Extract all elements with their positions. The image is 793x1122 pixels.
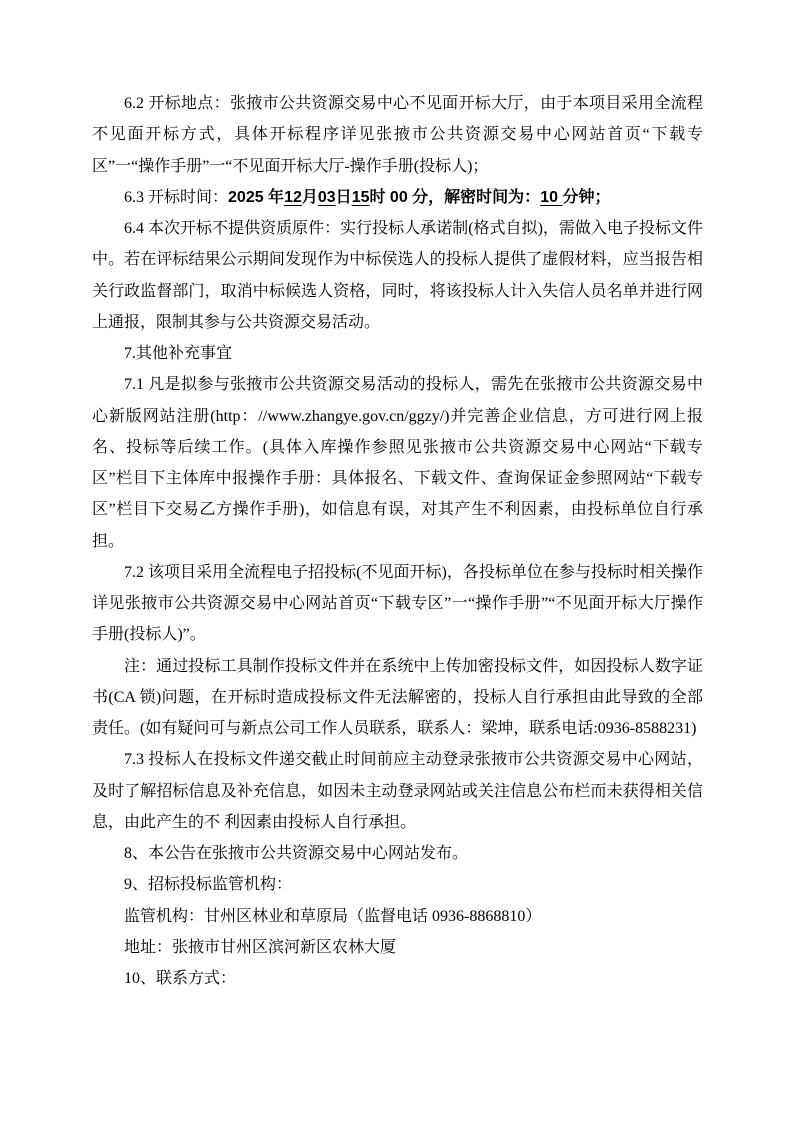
clause-6-3-opening-time: 6.3 开标时间：2025 年12月03日15时 00 分，解密时间为：10 分… (92, 182, 703, 213)
clause-8-announcement-site: 8、本公告在张掖市公共资源交易中心网站发布。 (92, 838, 703, 869)
clause-9-supervision-heading: 9、招标投标监管机构： (92, 869, 703, 900)
decrypt-minutes-value: 10 (540, 189, 562, 206)
clause-6-2-opening-location: 6.2 开标地点：张掖市公共资源交易中心不见面开标大厅，由于本项目采用全流程不见… (92, 88, 703, 182)
day-unit: 日 (336, 189, 352, 206)
supervision-address-line: 地址：张掖市甘州区滨河新区农林大厦 (92, 932, 703, 963)
section-7-heading: 7.其他补充事宜 (92, 338, 703, 369)
minute-and-decrypt-label: 时 00 分，解密时间为： (369, 189, 540, 206)
opening-month-value: 12 (284, 189, 302, 206)
minutes-unit: 分钟； (562, 189, 610, 206)
note-ca-lock: 注：通过投标工具制作投标文件并在系统中上传加密投标文件，如因投标人数字证书(CA… (92, 651, 703, 745)
opening-year: 2025 年 (228, 189, 284, 206)
document-page: 6.2 开标地点：张掖市公共资源交易中心不见面开标大厅，由于本项目采用全流程不见… (0, 0, 793, 1122)
opening-day-value: 03 (318, 189, 336, 206)
month-unit: 月 (302, 189, 318, 206)
clause-7-1-registration: 7.1 凡是拟参与张掖市公共资源交易活动的投标人，需先在张掖市公共资源交易中心新… (92, 369, 703, 557)
clause-7-3-login-reminder: 7.3 投标人在投标文件递交截止时间前应主动登录张掖市公共资源交易中心网站，及时… (92, 744, 703, 838)
clause-6-4-no-original-certificates: 6.4 本次开标不提供资质原件：实行投标人承诺制(格式自拟)，需做入电子投标文件… (92, 213, 703, 338)
supervision-agency-line: 监管机构：甘州区林业和草原局（监督电话 0936-8868810） (92, 901, 703, 932)
clause-10-contact-heading: 10、联系方式： (92, 963, 703, 994)
clause-7-2-electronic-bidding: 7.2 该项目采用全流程电子招投标(不见面开标)，各投标单位在参与投标时相关操作… (92, 557, 703, 651)
opening-hour-value: 15 (352, 189, 370, 206)
opening-time-label: 6.3 开标时间： (124, 189, 228, 206)
